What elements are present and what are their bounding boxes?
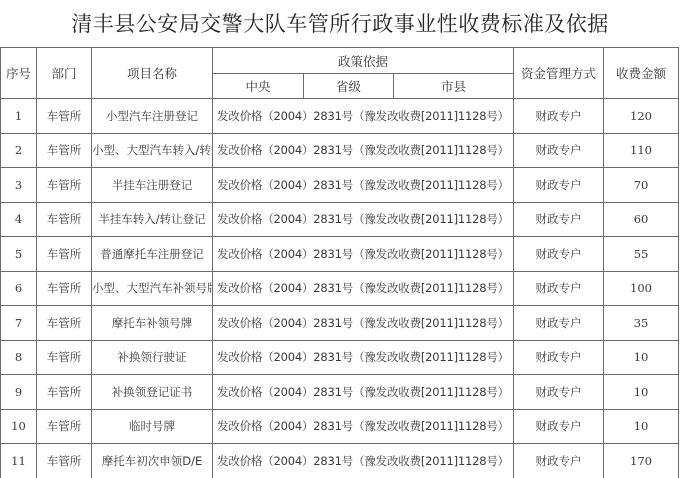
- cell-policy: 发改价格（2004）2831号（豫发改收费[2011]1128号）: [213, 409, 514, 444]
- table-header: 序号 部门 项目名称 政策依据 资金管理方式 收费金额 中央 省级 市县: [1, 48, 679, 99]
- table-row: 6 车管所 小型、大型汽车补领号牌 发改价格（2004）2831号（豫发改收费[…: [1, 271, 679, 306]
- cell-policy: 发改价格（2004）2831号（豫发改收费[2011]1128号）: [213, 99, 514, 134]
- table-row: 10 车管所 临时号牌 发改价格（2004）2831号（豫发改收费[2011]1…: [1, 409, 679, 444]
- cell-seq: 2: [1, 133, 37, 168]
- cell-policy: 发改价格（2004）2831号（豫发改收费[2011]1128号）: [213, 444, 514, 478]
- cell-fund-management: 财政专户: [514, 409, 604, 444]
- table-row: 3 车管所 半挂车注册登记 发改价格（2004）2831号（豫发改收费[2011…: [1, 168, 679, 203]
- cell-policy: 发改价格（2004）2831号（豫发改收费[2011]1128号）: [213, 271, 514, 306]
- table-row: 2 车管所 小型、大型汽车转入/转让登记 发改价格（2004）2831号（豫发改…: [1, 133, 679, 168]
- cell-fund-management: 财政专户: [514, 271, 604, 306]
- cell-item-name: 半挂车转入/转让登记: [92, 202, 213, 237]
- cell-fee-amount: 10: [604, 375, 679, 410]
- cell-fee-amount: 55: [604, 237, 679, 272]
- header-policy-basis: 政策依据: [213, 48, 514, 74]
- document-title: 清丰县公安局交警大队车管所行政事业性收费标准及依据: [0, 8, 680, 38]
- cell-seq: 5: [1, 237, 37, 272]
- cell-item-name: 小型汽车注册登记: [92, 99, 213, 134]
- cell-fund-management: 财政专户: [514, 168, 604, 203]
- cell-fund-management: 财政专户: [514, 444, 604, 478]
- table-row: 1 车管所 小型汽车注册登记 发改价格（2004）2831号（豫发改收费[201…: [1, 99, 679, 134]
- cell-seq: 10: [1, 409, 37, 444]
- cell-fund-management: 财政专户: [514, 99, 604, 134]
- cell-seq: 3: [1, 168, 37, 203]
- table-row: 9 车管所 补换领登记证书 发改价格（2004）2831号（豫发改收费[2011…: [1, 375, 679, 410]
- cell-department: 车管所: [37, 444, 92, 478]
- cell-fund-management: 财政专户: [514, 375, 604, 410]
- cell-department: 车管所: [37, 202, 92, 237]
- cell-fund-management: 财政专户: [514, 202, 604, 237]
- cell-fund-management: 财政专户: [514, 237, 604, 272]
- cell-department: 车管所: [37, 133, 92, 168]
- cell-department: 车管所: [37, 99, 92, 134]
- fee-standards-table: 序号 部门 项目名称 政策依据 资金管理方式 收费金额 中央 省级 市县 1 车…: [0, 47, 679, 478]
- header-central: 中央: [213, 74, 304, 99]
- cell-fund-management: 财政专户: [514, 133, 604, 168]
- cell-item-name: 临时号牌: [92, 409, 213, 444]
- table-row: 7 车管所 摩托车补领号牌 发改价格（2004）2831号（豫发改收费[2011…: [1, 306, 679, 341]
- cell-seq: 4: [1, 202, 37, 237]
- header-provincial: 省级: [304, 74, 394, 99]
- cell-policy: 发改价格（2004）2831号（豫发改收费[2011]1128号）: [213, 306, 514, 341]
- cell-item-name: 小型、大型汽车转入/转让登记: [92, 133, 213, 168]
- header-fund-management: 资金管理方式: [514, 48, 604, 99]
- cell-seq: 1: [1, 99, 37, 134]
- cell-department: 车管所: [37, 409, 92, 444]
- cell-item-name: 普通摩托车注册登记: [92, 237, 213, 272]
- cell-fee-amount: 35: [604, 306, 679, 341]
- cell-item-name: 摩托车补领号牌: [92, 306, 213, 341]
- cell-policy: 发改价格（2004）2831号（豫发改收费[2011]1128号）: [213, 237, 514, 272]
- table-row: 5 车管所 普通摩托车注册登记 发改价格（2004）2831号（豫发改收费[20…: [1, 237, 679, 272]
- cell-item-name: 补换领行驶证: [92, 340, 213, 375]
- cell-policy: 发改价格（2004）2831号（豫发改收费[2011]1128号）: [213, 202, 514, 237]
- cell-policy: 发改价格（2004）2831号（豫发改收费[2011]1128号）: [213, 133, 514, 168]
- cell-department: 车管所: [37, 237, 92, 272]
- table-body: 1 车管所 小型汽车注册登记 发改价格（2004）2831号（豫发改收费[201…: [1, 99, 679, 478]
- cell-fee-amount: 100: [604, 271, 679, 306]
- cell-fee-amount: 70: [604, 168, 679, 203]
- cell-item-name: 小型、大型汽车补领号牌: [92, 271, 213, 306]
- cell-seq: 7: [1, 306, 37, 341]
- header-fee-amount: 收费金额: [604, 48, 679, 99]
- cell-item-name: 补换领登记证书: [92, 375, 213, 410]
- cell-policy: 发改价格（2004）2831号（豫发改收费[2011]1128号）: [213, 375, 514, 410]
- header-seq: 序号: [1, 48, 37, 99]
- cell-department: 车管所: [37, 340, 92, 375]
- cell-fund-management: 财政专户: [514, 340, 604, 375]
- header-item-name: 项目名称: [92, 48, 213, 99]
- cell-policy: 发改价格（2004）2831号（豫发改收费[2011]1128号）: [213, 340, 514, 375]
- cell-seq: 6: [1, 271, 37, 306]
- cell-fee-amount: 110: [604, 133, 679, 168]
- cell-fund-management: 财政专户: [514, 306, 604, 341]
- cell-item-name: 摩托车初次申领D/E: [92, 444, 213, 478]
- cell-fee-amount: 10: [604, 409, 679, 444]
- cell-fee-amount: 170: [604, 444, 679, 478]
- header-department: 部门: [37, 48, 92, 99]
- cell-seq: 11: [1, 444, 37, 478]
- cell-department: 车管所: [37, 375, 92, 410]
- cell-fee-amount: 60: [604, 202, 679, 237]
- cell-seq: 8: [1, 340, 37, 375]
- cell-seq: 9: [1, 375, 37, 410]
- cell-fee-amount: 10: [604, 340, 679, 375]
- cell-item-name: 半挂车注册登记: [92, 168, 213, 203]
- table-row: 11 车管所 摩托车初次申领D/E 发改价格（2004）2831号（豫发改收费[…: [1, 444, 679, 478]
- cell-department: 车管所: [37, 271, 92, 306]
- cell-department: 车管所: [37, 306, 92, 341]
- header-city-county: 市县: [394, 74, 514, 99]
- cell-policy: 发改价格（2004）2831号（豫发改收费[2011]1128号）: [213, 168, 514, 203]
- table-row: 8 车管所 补换领行驶证 发改价格（2004）2831号（豫发改收费[2011]…: [1, 340, 679, 375]
- table-row: 4 车管所 半挂车转入/转让登记 发改价格（2004）2831号（豫发改收费[2…: [1, 202, 679, 237]
- cell-fee-amount: 120: [604, 99, 679, 134]
- cell-department: 车管所: [37, 168, 92, 203]
